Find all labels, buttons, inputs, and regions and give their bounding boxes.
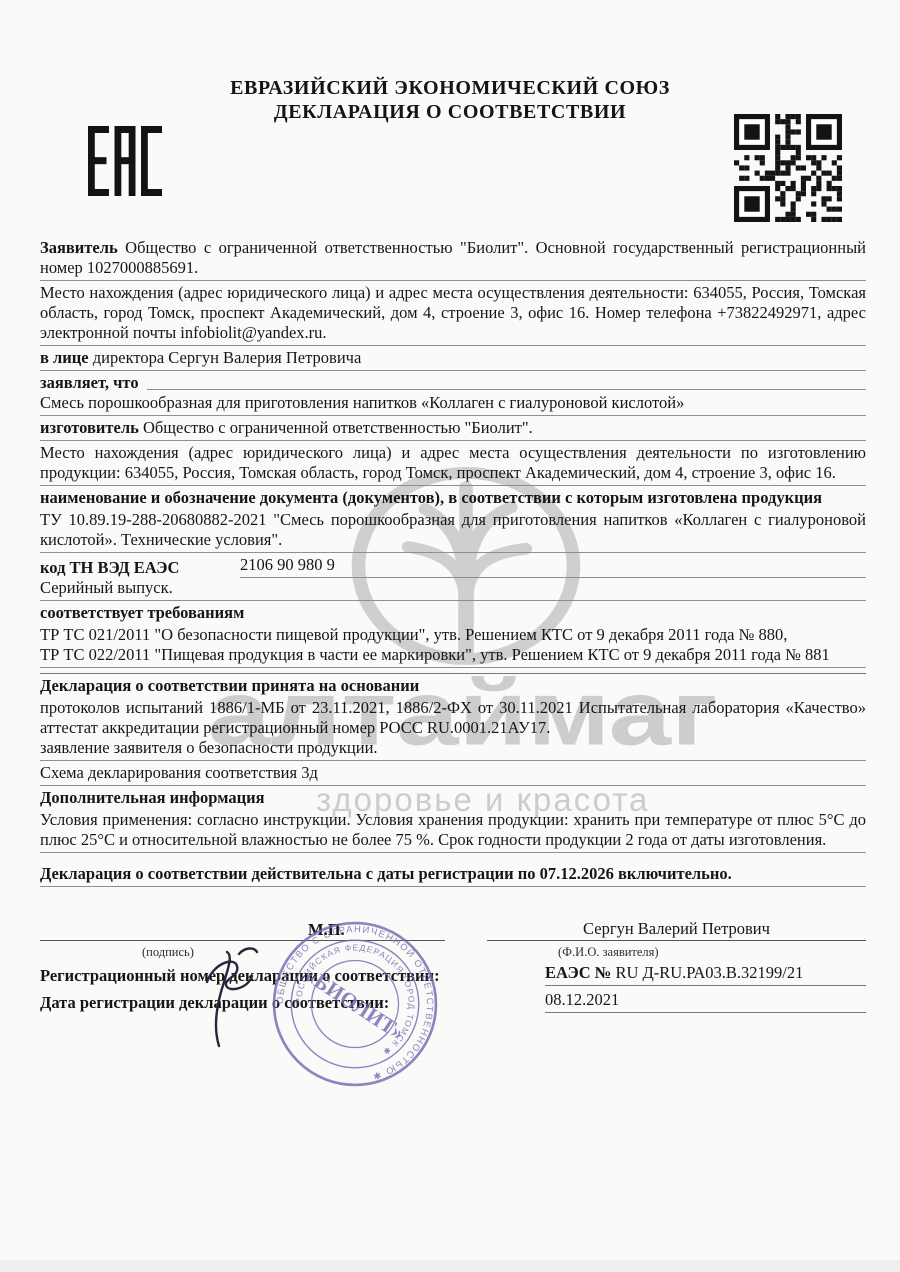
field-tu: ТУ 10.89.19-288-20680882-2021 "Смесь пор… xyxy=(40,510,866,553)
field-manufacturer: изготовитель Общество с ограниченной отв… xyxy=(40,418,866,441)
registration-number-prefix: ЕАЭС № xyxy=(545,963,611,982)
signature-gap xyxy=(445,891,487,941)
declarant-name-caption: (Ф.И.О. заявителя) xyxy=(558,942,659,962)
field-validity-text: Декларация о соответствии действительна … xyxy=(40,864,732,883)
field-tr-021: ТР ТС 021/2011 "О безопасности пищевой п… xyxy=(40,625,866,645)
declarant-name-line: Сергун Валерий Петрович xyxy=(487,891,866,941)
declaration-body: Заявитель Общество с ограниченной ответс… xyxy=(40,238,866,1013)
company-stamp: ОБЩЕСТВО С ОГРАНИЧЕННОЙ ОТВЕТСТВЕННОСТЬЮ… xyxy=(269,918,441,1090)
field-tnved-value: 2106 90 980 9 xyxy=(240,555,866,578)
field-additional-text: Условия применения: согласно инструкции.… xyxy=(40,810,866,853)
section-divider xyxy=(40,670,866,674)
registration-date-value: 08.12.2021 xyxy=(545,990,866,1013)
heading-complies: соответствует требованиям xyxy=(40,603,866,623)
stamp-center-text: «БИОЛИТ» xyxy=(301,963,409,1045)
field-validity: Декларация о соответствии действительна … xyxy=(40,864,866,887)
field-statement: заявление заявителя о безопасности проду… xyxy=(40,738,866,761)
field-product: Смесь порошкообразная для приготовления … xyxy=(40,393,866,416)
heading-additional: Дополнительная информация xyxy=(40,788,866,808)
field-in-person: в лице директора Сергун Валерия Петрович… xyxy=(40,348,866,371)
registration-date-row: Дата регистрации декларации о соответств… xyxy=(40,990,866,1013)
field-applicant-address: Место нахождения (адрес юридического лиц… xyxy=(40,283,866,346)
field-in-person-text: директора Сергун Валерия Петровича xyxy=(93,348,362,367)
field-protocols: протоколов испытаний 1886/1-МБ от 23.11.… xyxy=(40,698,866,738)
field-manufacturer-address: Место нахождения (адрес юридического лиц… xyxy=(40,443,866,486)
declaration-document-page: алтаймаг здоровье и красота ЕВРАЗИЙСКИЙ … xyxy=(0,0,900,1272)
field-tnved: код ТН ВЭД ЕАЭС 2106 90 980 9 xyxy=(40,555,866,578)
field-scheme: Схема декларирования соответствия 3д xyxy=(40,763,866,786)
heading-basis-label: Декларация о соответствии принята на осн… xyxy=(40,676,419,695)
field-in-person-label: в лице xyxy=(40,348,89,367)
field-applicant: Заявитель Общество с ограниченной ответс… xyxy=(40,238,866,281)
declarant-name: Сергун Валерий Петрович xyxy=(583,919,770,939)
registration-number-text: RU Д-RU.РА03.В.32199/21 xyxy=(615,963,803,982)
heading-doc-basis-label: наименование и обозначение документа (до… xyxy=(40,488,822,507)
declares-rule xyxy=(147,389,866,390)
field-serial: Серийный выпуск. xyxy=(40,578,866,601)
heading-declares: заявляет, что xyxy=(40,373,866,393)
handwritten-signature xyxy=(194,944,280,1050)
field-tr-022: ТР ТС 022/2011 "Пищевая продукция в част… xyxy=(40,645,866,668)
signature-captions: (подпись) (Ф.И.О. заявителя) xyxy=(40,941,866,959)
title-line-1: ЕВРАЗИЙСКИЙ ЭКОНОМИЧЕСКИЙ СОЮЗ xyxy=(0,76,900,100)
heading-doc-basis: наименование и обозначение документа (до… xyxy=(40,488,866,508)
heading-complies-label: соответствует требованиям xyxy=(40,603,244,622)
signature-caption: (подпись) xyxy=(142,942,194,962)
heading-additional-label: Дополнительная информация xyxy=(40,788,265,807)
registration-number-value: ЕАЭС № RU Д-RU.РА03.В.32199/21 xyxy=(545,963,866,986)
field-applicant-label: Заявитель xyxy=(40,238,118,257)
heading-declares-label: заявляет, что xyxy=(40,373,139,393)
signature-block: М.П. Сергун Валерий Петрович xyxy=(40,891,866,941)
field-tnved-label: код ТН ВЭД ЕАЭС xyxy=(40,558,240,578)
qr-code-icon xyxy=(734,114,842,222)
heading-basis: Декларация о соответствии принята на осн… xyxy=(40,676,866,696)
field-manufacturer-label: изготовитель xyxy=(40,418,139,437)
eac-mark-icon xyxy=(88,126,162,196)
field-manufacturer-text: Общество с ограниченной ответственностью… xyxy=(143,418,533,437)
registration-number-row: Регистрационный номер декларации о соотв… xyxy=(40,963,866,986)
field-applicant-text: Общество с ограниченной ответственностью… xyxy=(40,238,866,277)
